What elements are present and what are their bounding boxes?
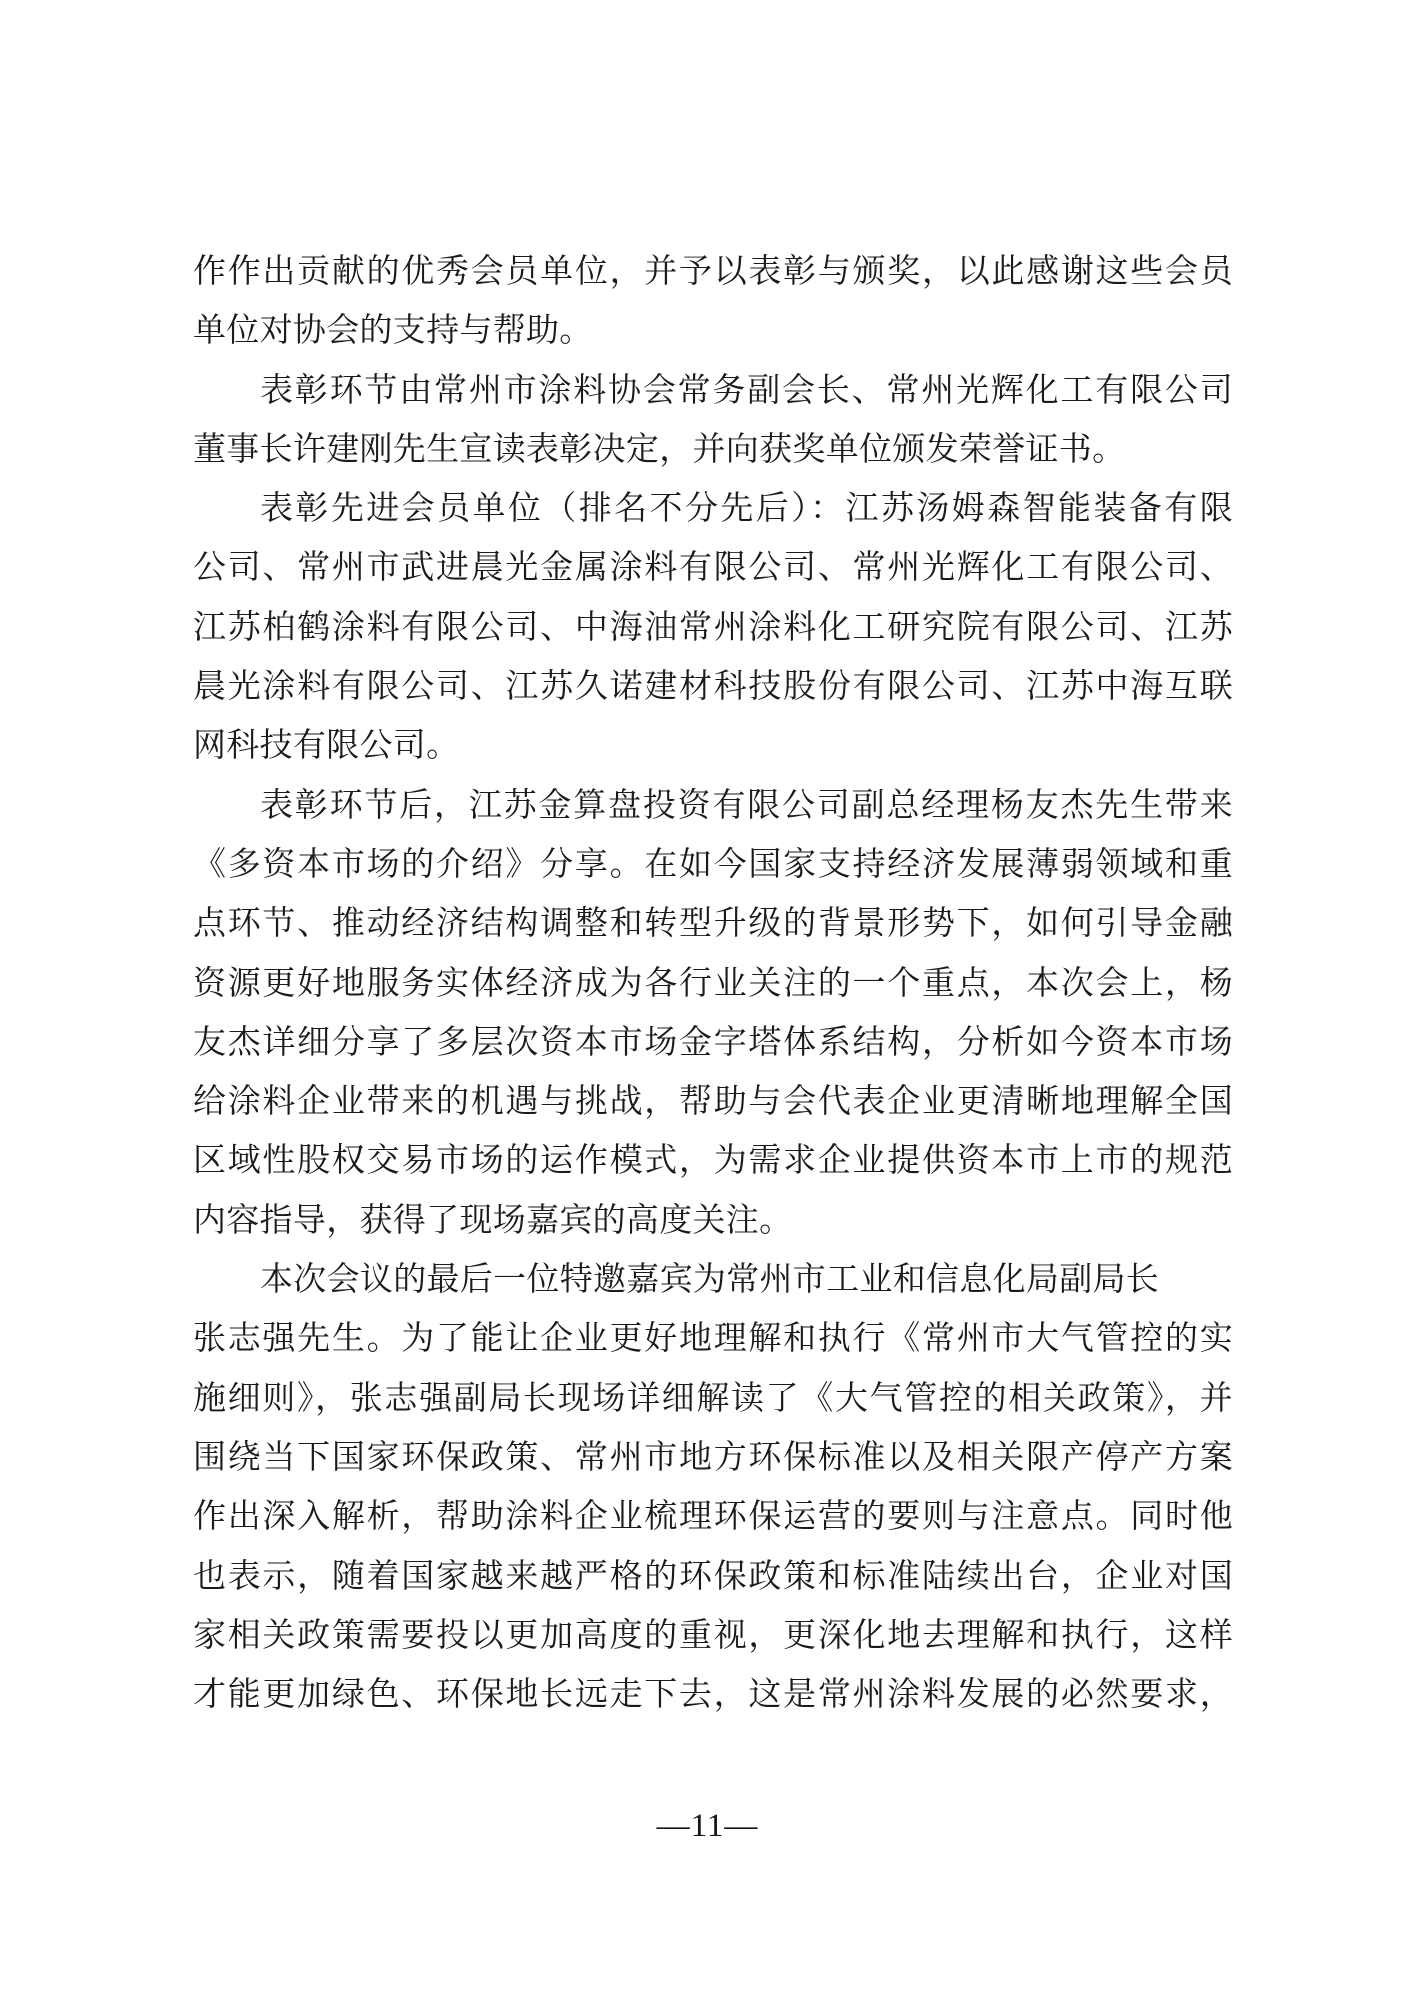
text-line: 公司、常州市武进晨光金属涂料有限公司、常州光辉化工有限公司、 [193, 539, 1233, 598]
text-line: 内容指导，获得了现场嘉宾的高度关注。 [193, 1192, 1233, 1251]
text-line: 董事长许建刚先生宣读表彰决定，并向获奖单位颁发荣誉证书。 [193, 421, 1233, 480]
text-line: 才能更加绿色、环保地长远走下去，这是常州涂料发展的必然要求， [193, 1666, 1233, 1725]
text-line: 给涂料企业带来的机遇与挑战，帮助与会代表企业更清晰地理解全国 [193, 1073, 1233, 1132]
page-number: —11— [657, 1808, 759, 1844]
text-line: 《多资本市场的介绍》分享。在如今国家支持经济发展薄弱领域和重 [193, 836, 1233, 895]
text-line: 家相关政策需要投以更加高度的重视，更深化地去理解和执行，这样 [193, 1607, 1233, 1666]
text-line: 围绕当下国家环保政策、常州市地方环保标准以及相关限产停产方案 [193, 1429, 1233, 1488]
page-footer: —11— [0, 1806, 1415, 1846]
text-line: 表彰环节后，江苏金算盘投资有限公司副总经理杨友杰先生带来 [193, 777, 1233, 836]
text-line: 晨光涂料有限公司、江苏久诺建材科技股份有限公司、江苏中海互联 [193, 658, 1233, 717]
text-line: 张志强先生。为了能让企业更好地理解和执行《常州市大气管控的实 [193, 1310, 1233, 1369]
text-line: 施细则》，张志强副局长现场详细解读了《大气管控的相关政策》，并 [193, 1370, 1233, 1429]
text-line: 区域性股权交易市场的运作模式，为需求企业提供资本市上市的规范 [193, 1132, 1233, 1191]
scanned-document-page: 作作出贡献的优秀会员单位，并予以表彰与颁奖，以此感谢这些会员 单位对协会的支持与… [0, 0, 1415, 2000]
text-line: 表彰环节由常州市涂料协会常务副会长、常州光辉化工有限公司 [193, 362, 1233, 421]
text-line: 本次会议的最后一位特邀嘉宾为常州市工业和信息化局副局长 [193, 1251, 1233, 1310]
text-line: 单位对协会的支持与帮助。 [193, 302, 1233, 361]
text-line: 网科技有限公司。 [193, 717, 1233, 776]
text-line: 资源更好地服务实体经济成为各行业关注的一个重点，本次会上，杨 [193, 955, 1233, 1014]
text-line: 点环节、推动经济结构调整和转型升级的背景形势下，如何引导金融 [193, 895, 1233, 954]
text-line: 表彰先进会员单位（排名不分先后）：江苏汤姆森智能装备有限 [193, 480, 1233, 539]
text-line: 作作出贡献的优秀会员单位，并予以表彰与颁奖，以此感谢这些会员 [193, 243, 1233, 302]
text-line: 江苏柏鹤涂料有限公司、中海油常州涂料化工研究院有限公司、江苏 [193, 599, 1233, 658]
text-line: 友杰详细分享了多层次资本市场金字塔体系结构，分析如今资本市场 [193, 1014, 1233, 1073]
text-line: 作出深入解析，帮助涂料企业梳理环保运营的要则与注意点。同时他 [193, 1488, 1233, 1547]
text-line: 也表示，随着国家越来越严格的环保政策和标准陆续出台，企业对国 [193, 1548, 1233, 1607]
document-body-text: 作作出贡献的优秀会员单位，并予以表彰与颁奖，以此感谢这些会员 单位对协会的支持与… [193, 243, 1233, 1725]
